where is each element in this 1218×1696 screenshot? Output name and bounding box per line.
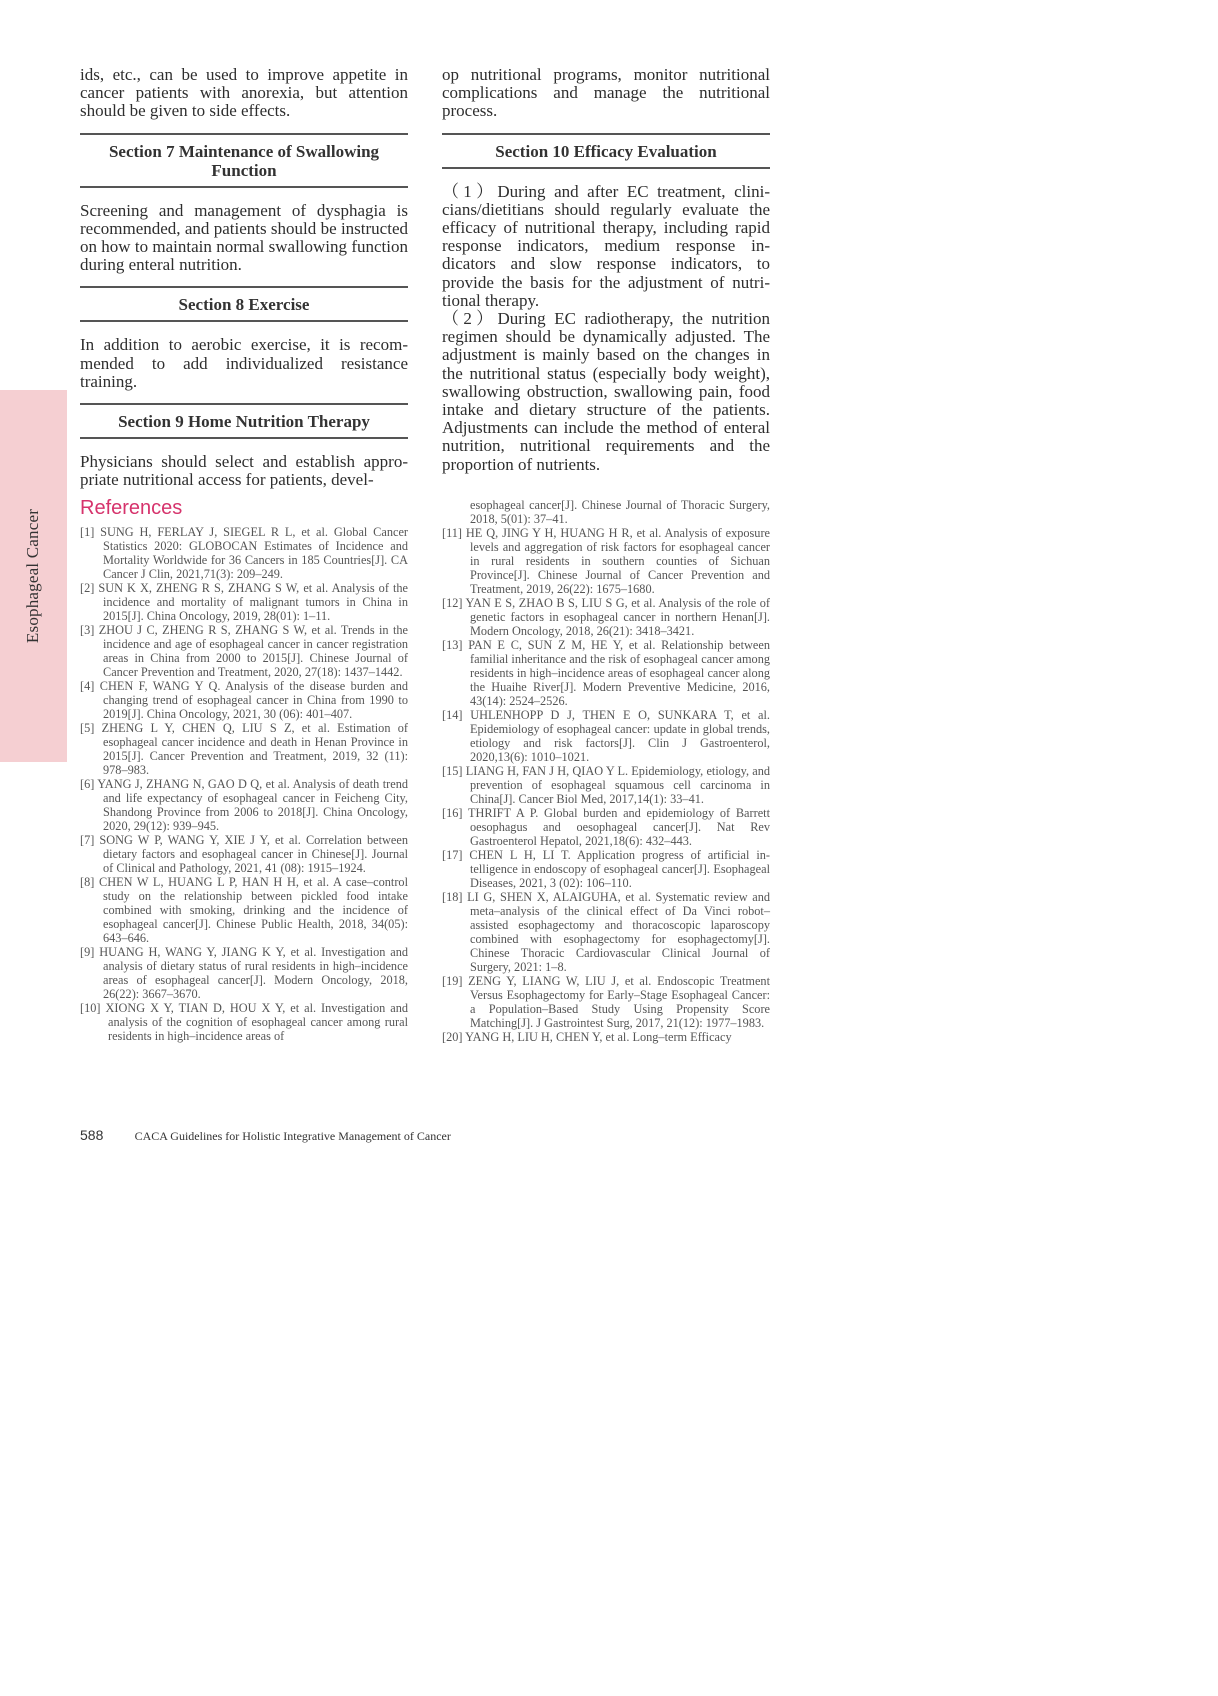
- reference-item: [13] PAN E C, SUN Z M, HE Y, et al. Rela…: [442, 638, 770, 708]
- reference-item: [19] ZENG Y, LIANG W, LIU J, et al. Endo…: [442, 974, 770, 1030]
- reference-item: [14] UHLENHOPP D J, THEN E O, SUNKARA T,…: [442, 708, 770, 764]
- section-9-title: Section 9 Home Nutrition Therapy: [80, 403, 408, 439]
- reference-item: [16] THRIFT A P. Global burden and epide…: [442, 806, 770, 848]
- left-intro-text: ids, etc., can be used to improve appeti…: [80, 66, 408, 121]
- reference-continuation: esophageal cancer[J]. Chinese Journal of…: [442, 498, 770, 526]
- section-8-title: Section 8 Exercise: [80, 286, 408, 322]
- reference-item: [17] CHEN L H, LI T. Application progres…: [442, 848, 770, 890]
- left-column: ids, etc., can be used to improve appeti…: [80, 66, 408, 489]
- reference-item: [8] CHEN W L, HUANG L P, HAN H H, et al.…: [80, 875, 408, 945]
- references-title: References: [80, 497, 182, 520]
- section-8-body: In addition to aerobic exercise, it is r…: [80, 336, 408, 391]
- reference-item: [6] YANG J, ZHANG N, GAO D Q, et al. Ana…: [80, 777, 408, 833]
- section-9-body: Physicians should select and establish a…: [80, 453, 408, 489]
- references-left-column: [1] SUNG H, FERLAY J, SIEGEL R L, et al.…: [80, 525, 408, 1043]
- side-tab-label-wrap: Esophageal Cancer: [0, 390, 67, 762]
- reference-item: [12] YAN E S, ZHAO B S, LIU S G, et al. …: [442, 596, 770, 638]
- reference-item: [1] SUNG H, FERLAY J, SIEGEL R L, et al.…: [80, 525, 408, 581]
- section-10-title: Section 10 Efficacy Evaluation: [442, 133, 770, 169]
- section-7-title: Section 7 Maintenance of Swallowing Func…: [80, 133, 408, 188]
- reference-item: [7] SONG W P, WANG Y, XIE J Y, et al. Co…: [80, 833, 408, 875]
- section-7-body: Screening and management of dysphagia is…: [80, 202, 408, 275]
- page-footer: 588 CACA Guidelines for Holistic Integra…: [80, 1127, 451, 1144]
- right-intro-text: op nutritional programs, monitor nutriti…: [442, 66, 770, 121]
- reference-item: [9] HUANG H, WANG Y, JIANG K Y, et al. I…: [80, 945, 408, 1001]
- reference-item: [4] CHEN F, WANG Y Q. Analysis of the di…: [80, 679, 408, 721]
- reference-item: [15] LIANG H, FAN J H, QIAO Y L. Epidemi…: [442, 764, 770, 806]
- reference-item: [18] LI G, SHEN X, ALAIGUHA, et al. Syst…: [442, 890, 770, 974]
- section-10-item-1: （1）During and after EC treatment, clini­…: [442, 183, 770, 310]
- reference-item: [5] ZHENG L Y, CHEN Q, LIU S Z, et al. E…: [80, 721, 408, 777]
- page-number: 588: [80, 1127, 103, 1143]
- reference-item: [11] HE Q, JING Y H, HUANG H R, et al. A…: [442, 526, 770, 596]
- section-10-item-2: （2）During EC radiotherapy, the nutrition…: [442, 310, 770, 474]
- side-tab: Esophageal Cancer: [0, 390, 67, 762]
- references-right-column: esophageal cancer[J]. Chinese Journal of…: [442, 498, 770, 1044]
- side-tab-label: Esophageal Cancer: [24, 509, 44, 643]
- journal-title: CACA Guidelines for Holistic Integrative…: [135, 1129, 451, 1143]
- reference-item: [10] XIONG X Y, TIAN D, HOU X Y, et al. …: [80, 1001, 408, 1043]
- right-column: op nutritional programs, monitor nutriti…: [442, 66, 770, 474]
- reference-item: [2] SUN K X, ZHENG R S, ZHANG S W, et al…: [80, 581, 408, 623]
- reference-item: [3] ZHOU J C, ZHENG R S, ZHANG S W, et a…: [80, 623, 408, 679]
- reference-item: [20] YANG H, LIU H, CHEN Y, et al. Long–…: [442, 1030, 770, 1044]
